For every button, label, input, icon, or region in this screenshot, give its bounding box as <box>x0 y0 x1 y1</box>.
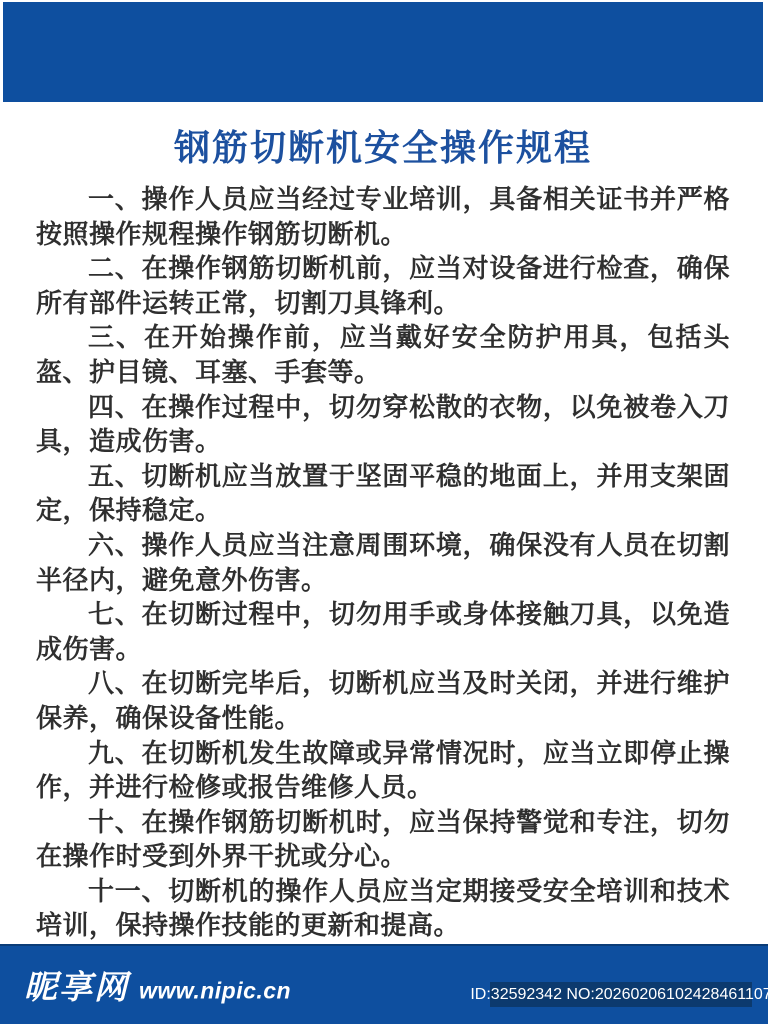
rules-list: 一、操作人员应当经过专业培训，具备相关证书并严格按照操作规程操作钢筋切断机。 二… <box>36 182 730 943</box>
nipic-site-url: www.nipic.cn <box>139 978 291 1005</box>
rule-item-6: 六、操作人员应当注意周围环境，确保没有人员在切割半径内，避免意外伤害。 <box>36 528 730 597</box>
rule-item-1: 一、操作人员应当经过专业培训，具备相关证书并严格按照操作规程操作钢筋切断机。 <box>36 182 730 251</box>
rule-item-9: 九、在切断机发生故障或异常情况时，应当立即停止操作，并进行检修或报告维修人员。 <box>36 736 730 805</box>
rule-item-10: 十、在操作钢筋切断机时，应当保持警觉和专注，切勿在操作时受到外界干扰或分心。 <box>36 805 730 874</box>
rule-item-5: 五、切断机应当放置于坚固平稳的地面上，并用支架固定，保持稳定。 <box>36 459 730 528</box>
rule-item-11: 十一、切断机的操作人员应当定期接受安全培训和技术培训，保持操作技能的更新和提高。 <box>36 874 730 943</box>
top-banner <box>3 2 763 104</box>
rule-item-2: 二、在操作钢筋切断机前，应当对设备进行检查，确保所有部件运转正常，切割刀具锋利。 <box>36 251 730 320</box>
rule-item-4: 四、在操作过程中，切勿穿松散的衣物，以免被卷入刀具，造成伤害。 <box>36 390 730 459</box>
safety-rules-poster: 钢筋切断机安全操作规程 一、操作人员应当经过专业培训，具备相关证书并严格按照操作… <box>0 0 768 1024</box>
watermark-id-box: ID:32592342 NO:20260206102428461107 <box>490 982 752 1007</box>
nipic-logo-text: 昵享网 <box>24 962 129 1009</box>
footer-banner: 昵享网 www.nipic.cn ID:32592342 NO:20260206… <box>0 944 768 1024</box>
rule-item-8: 八、在切断完毕后，切断机应当及时关闭，并进行维护保养，确保设备性能。 <box>36 666 730 735</box>
content-area: 钢筋切断机安全操作规程 一、操作人员应当经过专业培训，具备相关证书并严格按照操作… <box>0 102 768 944</box>
nipic-logo: 昵享网 www.nipic.cn <box>24 962 291 1009</box>
rule-item-7: 七、在切断过程中，切勿用手或身体接触刀具，以免造成伤害。 <box>36 597 730 666</box>
watermark-id-text: ID:32592342 NO:20260206102428461107 <box>470 986 768 1004</box>
rule-item-3: 三、在开始操作前，应当戴好安全防护用具，包括头盔、护目镜、耳塞、手套等。 <box>36 320 730 389</box>
page-title: 钢筋切断机安全操作规程 <box>36 120 730 171</box>
